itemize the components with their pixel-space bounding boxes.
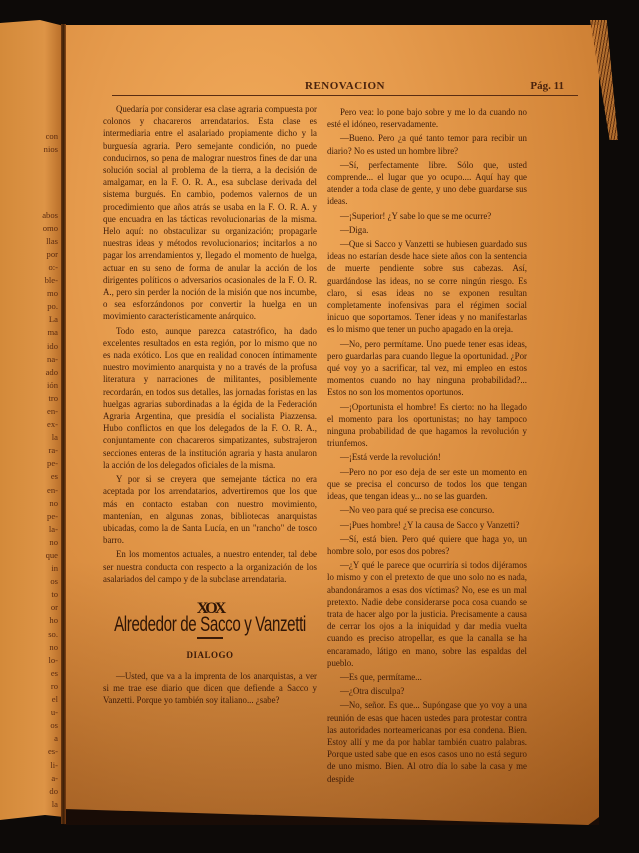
dialogue-paragraph: —No, señor. Es que... Supóngase que yo v… [327, 699, 527, 784]
text-fragment: po. [0, 300, 58, 313]
dialogue-paragraph: —Pero no por eso deja de ser este un mom… [327, 466, 527, 503]
publication-title: RENOVACION [110, 80, 580, 92]
text-fragment: do [0, 785, 58, 798]
dialogue-paragraph: —¡Pues hombre! ¿Y la causa de Sacco y Va… [327, 519, 527, 531]
text-fragment: llas [0, 235, 58, 248]
text-fragment: or [0, 601, 58, 614]
text-fragment: no [0, 497, 58, 510]
text-fragment: tro [0, 392, 58, 405]
text-fragment: os [0, 719, 58, 732]
article-subtitle: DIALOGO [103, 649, 317, 661]
text-fragment: nios [0, 143, 58, 156]
text-fragment: ra- [0, 444, 58, 457]
dialogue-paragraph: —¿Y qué le parece que ocurriría si todos… [327, 559, 527, 669]
text-fragment: es [0, 470, 58, 483]
dialogue-paragraph: Pero vea: lo pone bajo sobre y me lo da … [327, 106, 527, 130]
facing-page-text-fragments: conniosabosomollasporo:-ble-mopo.Lamaido… [0, 130, 58, 811]
page-header: RENOVACION Pág. 11 [110, 80, 580, 96]
text-fragment: o:- [0, 261, 58, 274]
text-fragment: ro [0, 680, 58, 693]
text-fragment: os [0, 575, 58, 588]
text-fragment: no [0, 536, 58, 549]
text-fragment: lo- [0, 654, 58, 667]
header-rule [112, 95, 578, 97]
text-fragment: pe- [0, 457, 58, 470]
text-fragment: por [0, 248, 58, 261]
text-fragment: ado [0, 366, 58, 379]
left-column: Quedaría por considerar esa clase agrari… [103, 103, 317, 708]
text-fragment: la- [0, 523, 58, 536]
dialogue-paragraph: —Diga. [327, 224, 527, 236]
paragraph: Y por si se creyera que semejante táctic… [103, 473, 317, 546]
article-title: Alrededor de Sacco y Vanzetti [104, 619, 316, 631]
text-fragment: con [0, 130, 58, 143]
text-fragment: ble- [0, 274, 58, 287]
dialogue-paragraph: —No veo para qué se precisa ese concurso… [327, 504, 527, 516]
right-column: Pero vea: lo pone bajo sobre y me lo da … [327, 106, 527, 787]
text-fragment: que [0, 549, 58, 562]
text-fragment [0, 195, 58, 208]
text-fragment: el [0, 693, 58, 706]
text-fragment: ido [0, 340, 58, 353]
text-fragment: omo [0, 222, 58, 235]
text-fragment: la [0, 798, 58, 811]
text-fragment: a [0, 732, 58, 745]
paragraph: En los momentos actuales, a nuestro ente… [103, 548, 317, 585]
paragraph: Todo esto, aunque parezca catastrófico, … [103, 325, 317, 471]
dialogue-paragraph: —Sí, está bien. Pero qué quiere que haga… [327, 533, 527, 557]
binding-spine [61, 24, 66, 824]
dialogue-paragraph: —¿Otra disculpa? [327, 685, 527, 697]
text-fragment: es- [0, 745, 58, 758]
dialogue-paragraph: —No, pero permítame. Uno puede tener esa… [327, 338, 527, 399]
text-fragment: pe- [0, 510, 58, 523]
page-number: Pág. 11 [530, 80, 564, 92]
paragraph: Quedaría por considerar esa clase agrari… [103, 103, 317, 323]
text-fragment [0, 156, 58, 169]
dialogue-paragraph: —Sí, perfectamente libre. Sólo que, uste… [327, 159, 527, 208]
text-fragment: ma [0, 326, 58, 339]
text-fragment: ho [0, 614, 58, 627]
text-fragment: abos [0, 209, 58, 222]
text-fragment: no [0, 641, 58, 654]
text-fragment: a- [0, 772, 58, 785]
text-fragment: en- [0, 484, 58, 497]
dialogue-paragraph: —¡Oportunista el hombre! Es cierto: no h… [327, 401, 527, 450]
dialogue-paragraph: —Es que, permítame... [327, 671, 527, 683]
text-fragment: ex- [0, 418, 58, 431]
text-fragment: en- [0, 405, 58, 418]
text-fragment: na- [0, 353, 58, 366]
text-fragment: es [0, 667, 58, 680]
dialogue-paragraph: —Bueno. Pero ¿a qué tanto temor para rec… [327, 132, 527, 156]
text-fragment [0, 169, 58, 182]
dialogue-opening: —Usted, que va a la imprenta de los anar… [103, 670, 317, 707]
title-rule [197, 637, 223, 639]
text-fragment: ión [0, 379, 58, 392]
text-fragment: u- [0, 706, 58, 719]
dialogue-paragraph: —Que si Sacco y Vanzetti se hubiesen gua… [327, 238, 527, 336]
dialogue-paragraph: —¡Está verde la revolución! [327, 451, 527, 463]
text-fragment: la [0, 431, 58, 444]
text-fragment: La [0, 313, 58, 326]
text-fragment: mo [0, 287, 58, 300]
text-fragment: in [0, 562, 58, 575]
text-fragment: li- [0, 759, 58, 772]
text-fragment [0, 182, 58, 195]
dialogue-paragraph: —¡Superior! ¿Y sabe lo que se me ocurre? [327, 210, 527, 222]
text-fragment: so. [0, 628, 58, 641]
text-fragment: to [0, 588, 58, 601]
